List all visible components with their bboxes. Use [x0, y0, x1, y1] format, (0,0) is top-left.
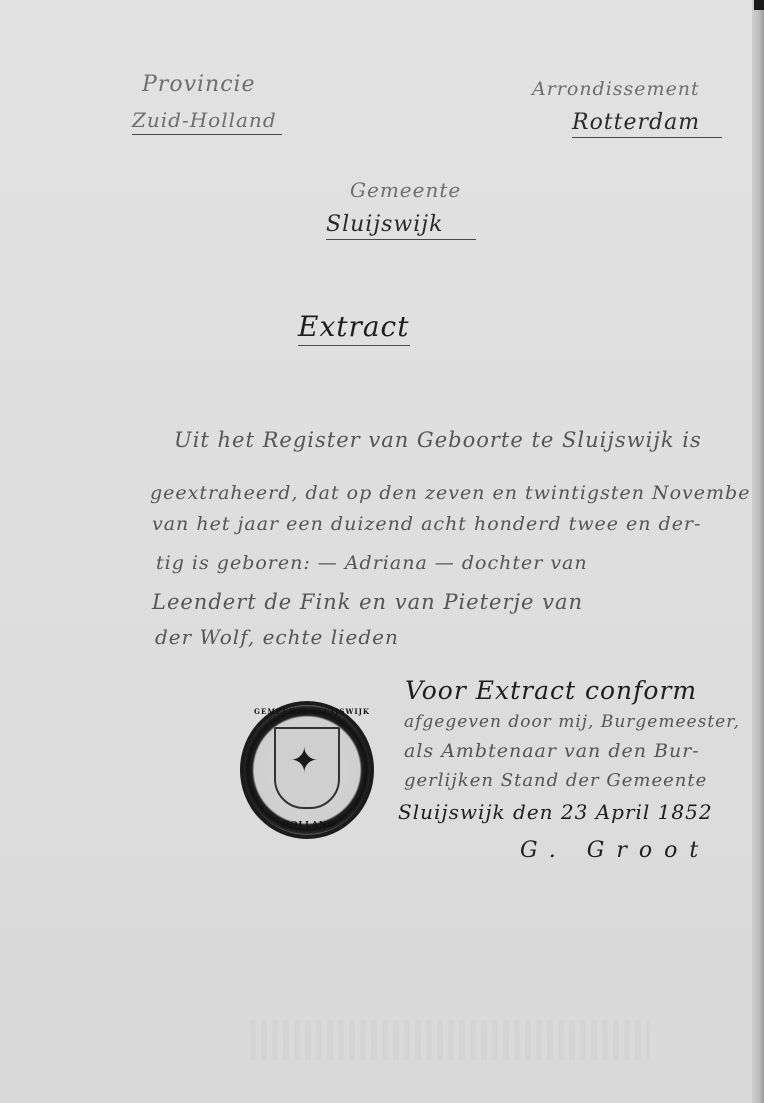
certification-line-1: afgegeven door mij, Burgemeester,: [404, 712, 740, 732]
certification-heading: Voor Extract conform: [405, 676, 697, 705]
scan-corner: [754, 0, 764, 10]
district-value: Rotterdam: [572, 110, 722, 138]
eagle-icon: ✦: [290, 741, 319, 781]
document-title: Extract: [298, 310, 410, 346]
seal-legend-bottom: HOLLAND: [282, 819, 335, 829]
body-line-1: Uit het Register van Geboorte te Sluijsw…: [174, 428, 702, 452]
municipal-seal: ✦ GEMEENTE SLUIJSWIJK HOLLAND: [240, 701, 374, 839]
ink-bleed-through: [250, 1020, 650, 1060]
certification-line-3: gerlijken Stand der Gemeente: [404, 770, 707, 791]
seal-legend-top: GEMEENTE SLUIJSWIJK: [254, 707, 370, 716]
certification-line-2: als Ambtenaar van den Bur-: [404, 740, 700, 762]
body-line-4: tig is geboren: — Adriana — dochter van: [156, 552, 588, 574]
body-line-3: van het jaar een duizend acht honderd tw…: [152, 513, 701, 535]
municipality-label: Gemeente: [350, 178, 461, 202]
body-line-2: geextraheerd, dat op den zeven en twinti…: [150, 482, 761, 504]
document-page: Provincie Zuid-Holland Arrondissement Ro…: [0, 0, 752, 1103]
certification-line-4: Sluijswijk den 23 April 1852: [398, 800, 713, 824]
body-line-5: Leendert de Fink en van Pieterje van: [152, 590, 583, 614]
district-label: Arrondissement: [532, 78, 700, 100]
municipality-value: Sluijswijk: [326, 212, 476, 240]
body-line-6: der Wolf, echte lieden: [155, 625, 399, 649]
page-edge: [752, 0, 764, 1103]
province-label: Provincie: [142, 72, 256, 97]
signature: G. Groot: [520, 838, 710, 863]
province-value: Zuid-Holland: [132, 108, 282, 135]
shield-icon: ✦: [274, 727, 340, 809]
